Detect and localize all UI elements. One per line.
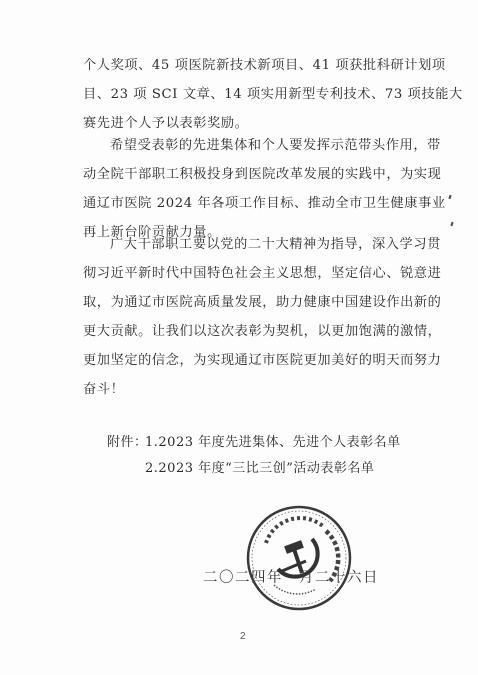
- paragraph-awards-continuation: 个人奖项、45 项医院新技术新项目、41 项获批科研计划项 目、23 项 SCI…: [83, 51, 413, 138]
- page-number: 2: [240, 631, 246, 642]
- text-line: 更大贡献。让我们以这次表彰为契机，以更加饱满的激情，: [83, 317, 413, 346]
- official-seal-icon: [244, 503, 354, 613]
- text-line: 目、23 项 SCI 文章、14 项实用新型专利技术、73 项技能大: [83, 80, 413, 109]
- attachment-item-1: 1.2023 年度先进集体、先进个人表彰名单: [145, 431, 401, 450]
- scan-speck: [448, 195, 451, 199]
- text-line: 个人奖项、45 项医院新技术新项目、41 项获批科研计划项: [83, 51, 413, 80]
- text-line: 奋斗！: [83, 375, 413, 404]
- text-line: 取，为通辽市医院高质量发展，助力健康中国建设作出新的: [83, 288, 413, 317]
- text-line: 通辽市医院 2024 年各项工作目标、推动全市卫生健康事业: [83, 189, 413, 218]
- document-page: 个人奖项、45 项医院新技术新项目、41 项获批科研计划项 目、23 项 SCI…: [0, 0, 478, 675]
- paragraph-call-to-action: 广大干部职工要以党的二十大精神为指导，深入学习贯 彻习近平新时代中国特色社会主义…: [83, 230, 413, 404]
- text-line: 动全院干部职工积极投身到医院改革发展的实践中，为实现: [83, 160, 413, 189]
- attachments-label: 附件：: [107, 431, 148, 450]
- text-line: 更加坚定的信念，为实现通辽市医院更加美好的明天而努力: [83, 346, 413, 375]
- scan-speck: [450, 222, 453, 226]
- attachment-item-2: 2.2023 年度“三比三创”活动表彰名单: [145, 457, 374, 476]
- text-line: 彻习近平新时代中国特色社会主义思想，坚定信心、锐意进: [83, 259, 413, 288]
- text-line: 希望受表彰的先进集体和个人要发挥示范带头作用，带: [83, 131, 413, 160]
- text-line: 广大干部职工要以党的二十大精神为指导，深入学习贯: [83, 230, 413, 259]
